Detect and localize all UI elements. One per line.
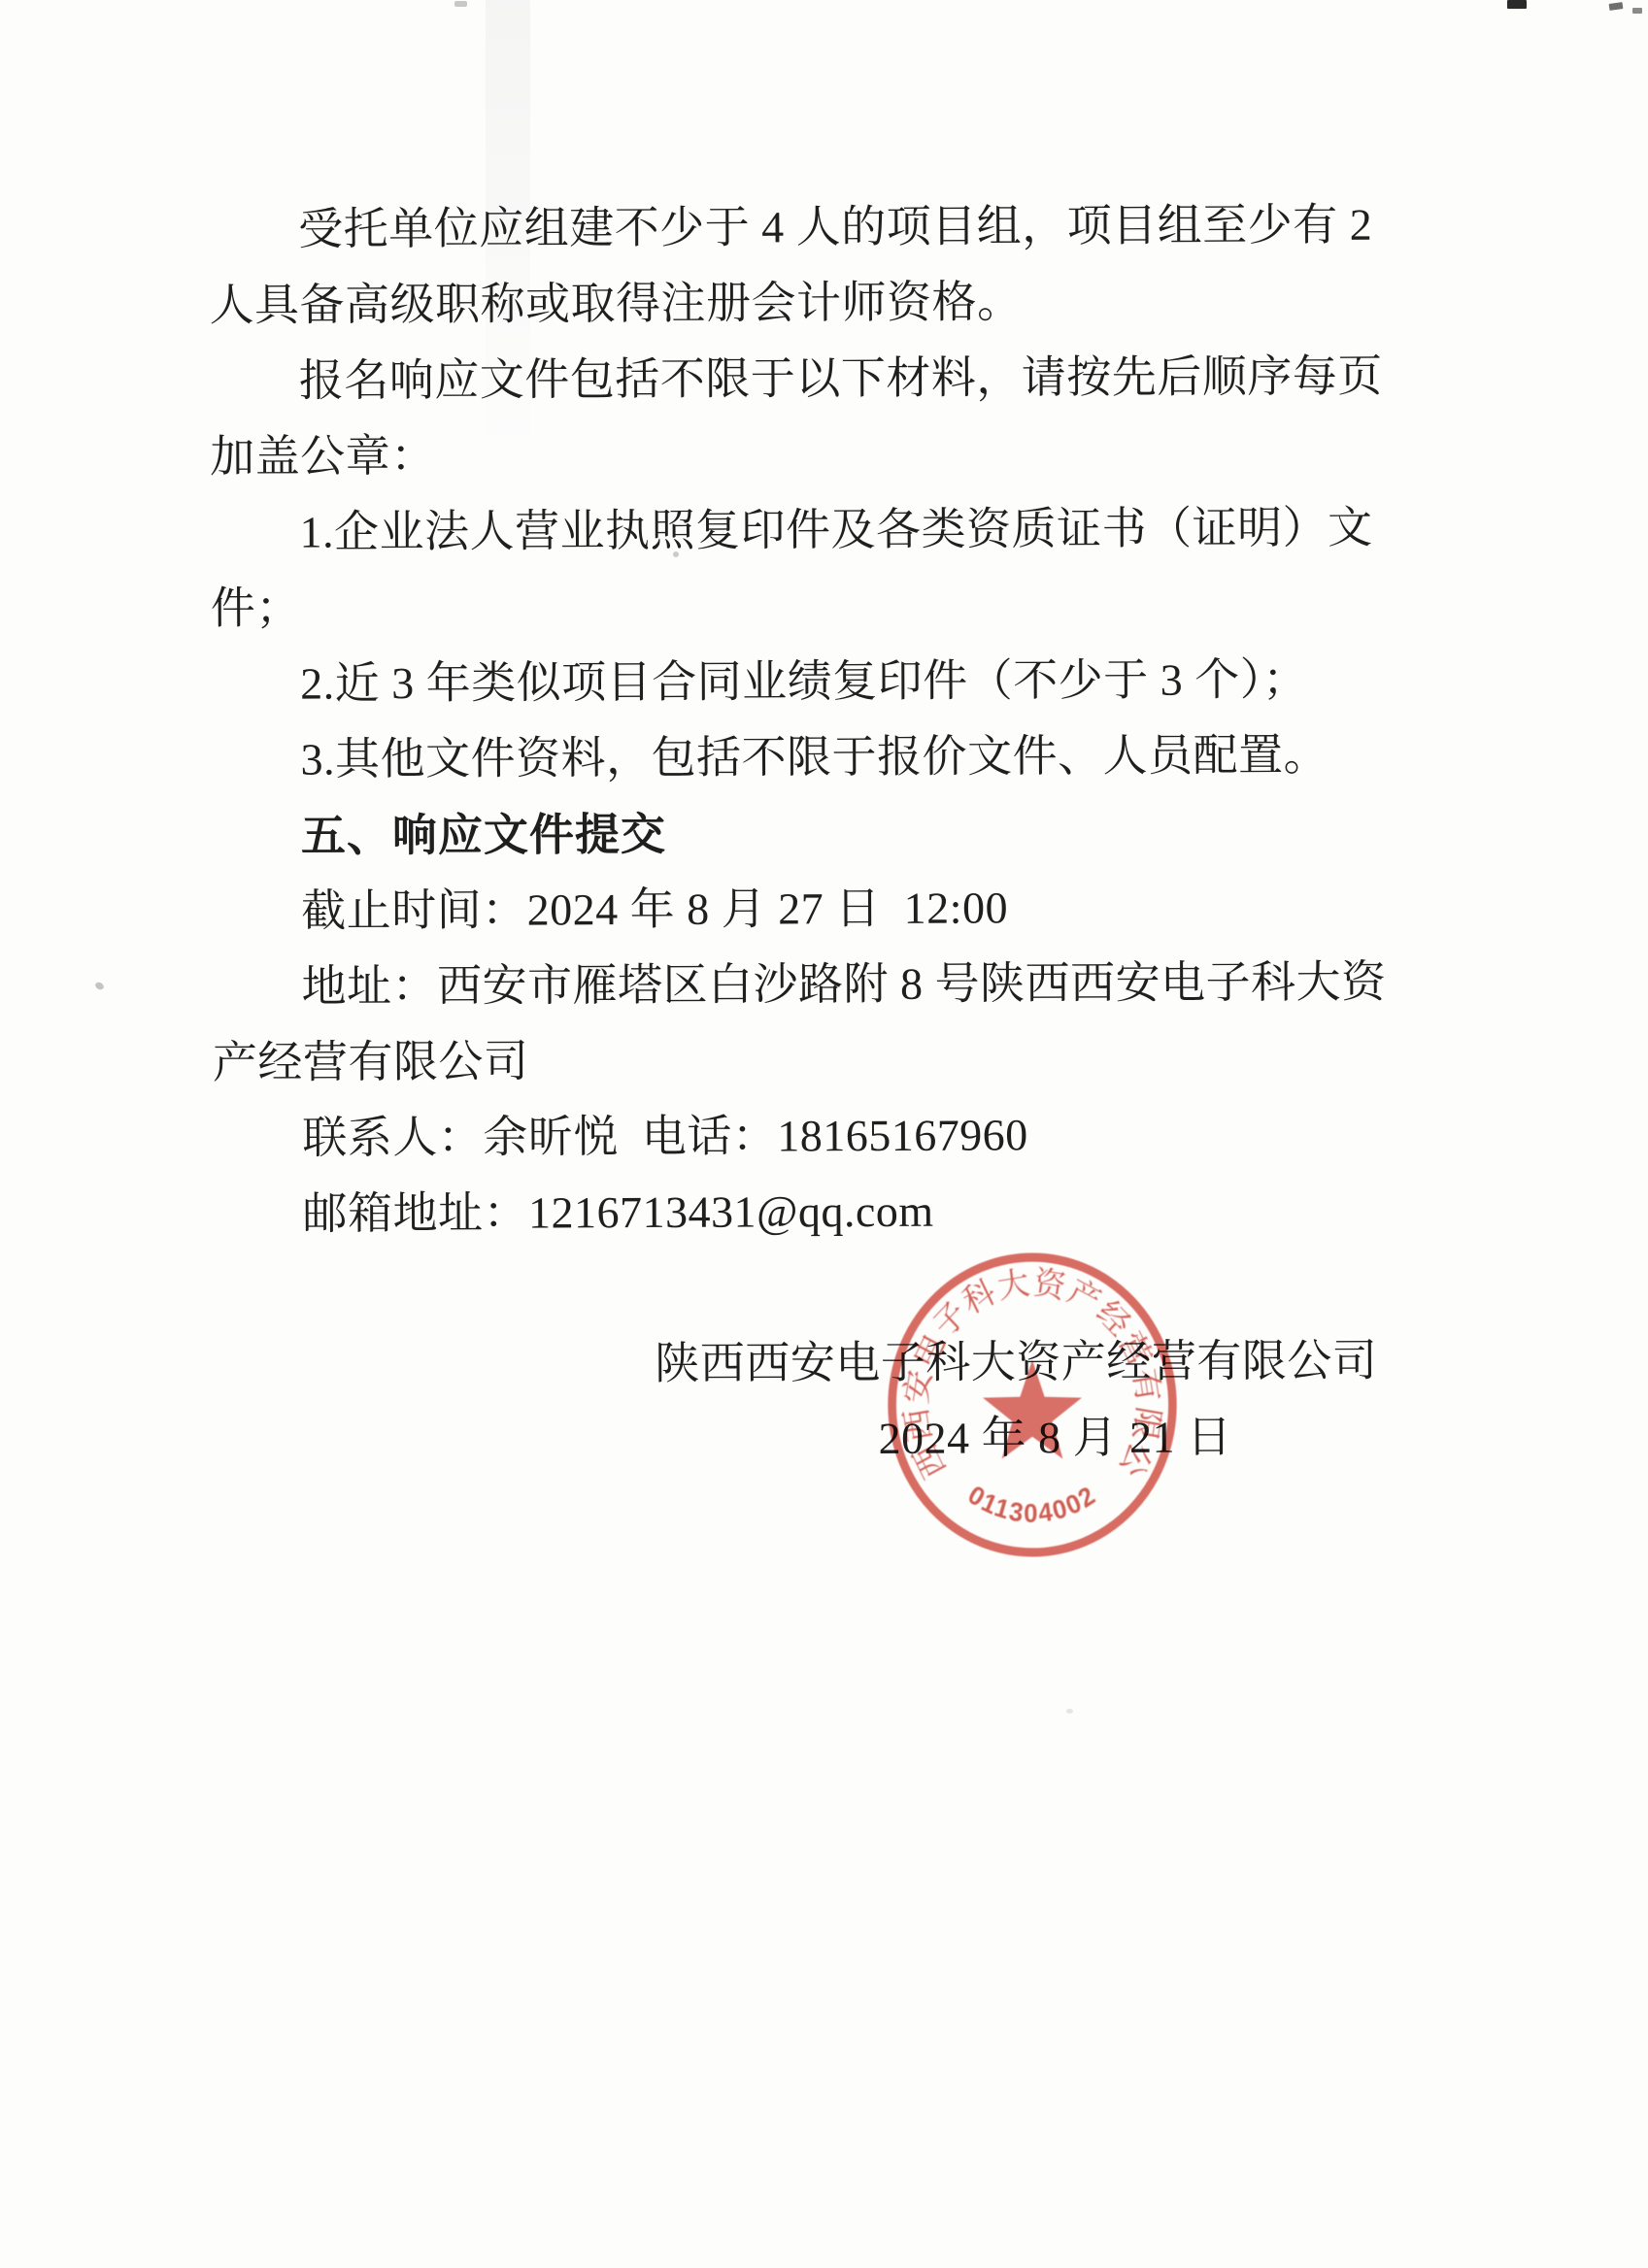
seal-star-icon [983, 1360, 1082, 1459]
paragraph-materials-line-1: 报名响应文件包括不限于以下材料，请按先后顺序每页 [210, 339, 1433, 419]
address-line-2: 产经营有限公司 [213, 1019, 1436, 1100]
contact-phone-line: 联系人：余昕悦 电话：18165167960 [213, 1095, 1436, 1176]
paragraph-project-team-line-1: 受托单位应组建不少于 4 人的项目组，项目组至少有 2 [209, 187, 1432, 268]
document-body: 受托单位应组建不少于 4 人的项目组，项目组至少有 2 人具备高级职称或取得注册… [209, 187, 1438, 1480]
scan-speck-artifact [94, 981, 105, 991]
list-item-2: 2.近 3 年类似项目合同业绩复印件（不少于 3 个）； [211, 641, 1434, 721]
paragraph-materials-line-2: 加盖公章： [210, 415, 1433, 495]
seal-arc-text: 陕西西安电子科大资产经营有限公司 [884, 1249, 1165, 1484]
list-item-1-line-1: 1.企业法人营业执照复印件及各类资质证书（证明）文 [210, 489, 1433, 570]
list-item-3: 3.其他文件资料，包括不限于报价文件、人员配置。 [211, 717, 1434, 797]
signature-date: 2024 年 8 月 21 日 [214, 1398, 1437, 1479]
official-seal: 陕西西安电子科大资产经营有限公司 6101130400280 [884, 1249, 1181, 1561]
paragraph-project-team-line-2: 人具备高级职称或取得注册会计师资格。 [209, 263, 1432, 344]
scan-speck-artifact [1066, 1709, 1073, 1714]
scan-mark-artifact [1609, 2, 1624, 11]
scanned-document-page: 受托单位应组建不少于 4 人的项目组，项目组至少有 2 人具备高级职称或取得注册… [0, 0, 1648, 2268]
signature-company-name: 陕西西安电子科大资产经营有限公司 [214, 1322, 1437, 1403]
scan-mark-artifact [1632, 8, 1642, 14]
address-line-1: 地址：西安市雁塔区白沙路附 8 号陕西西安电子科大资 [212, 944, 1435, 1024]
email-line: 邮箱地址：1216713431@qq.com [213, 1171, 1436, 1251]
scan-mark-artifact [1507, 0, 1527, 9]
section-heading-response-file-submission: 五、响应文件提交 [212, 792, 1435, 873]
list-item-1-line-2: 件； [211, 565, 1434, 646]
scan-mark-artifact [454, 1, 467, 7]
deadline-line: 截止时间：2024 年 8 月 27 日 12:00 [212, 868, 1435, 949]
